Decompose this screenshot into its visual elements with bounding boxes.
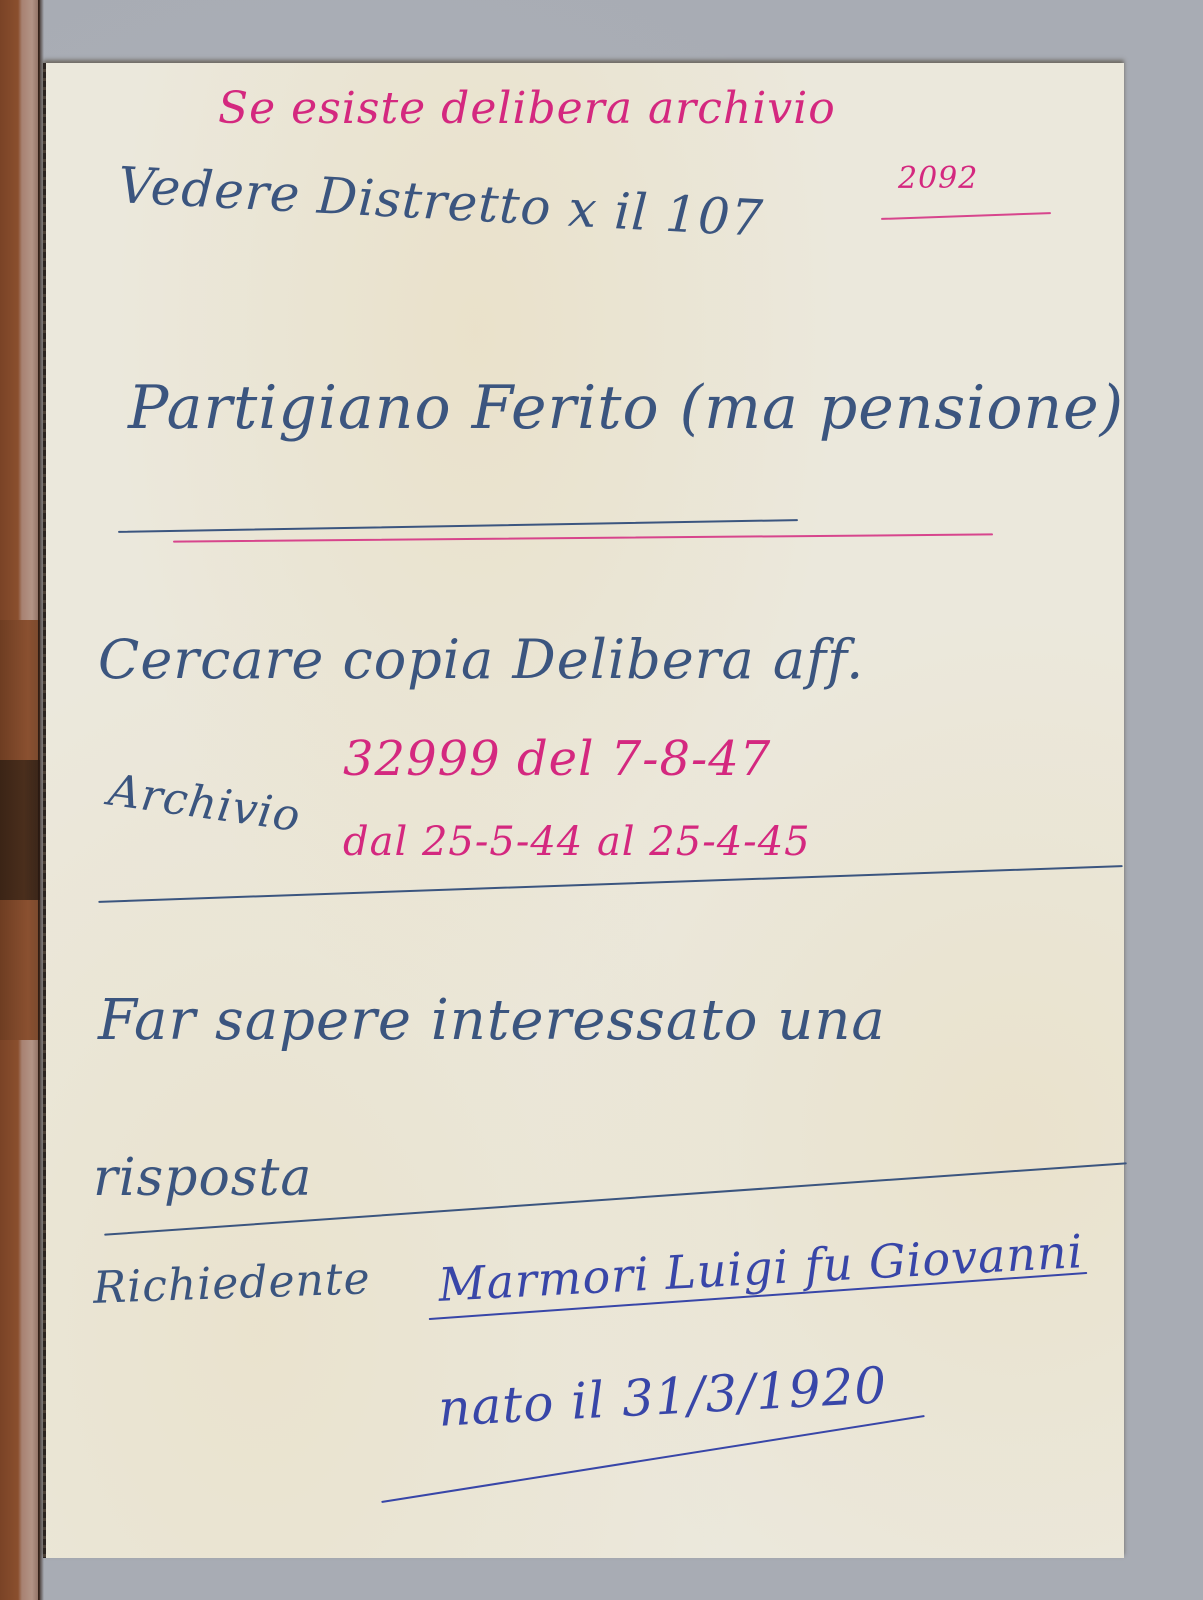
blue-separator: [118, 519, 798, 533]
requester-label: Richiedente: [92, 1253, 371, 1314]
binder-segment: [0, 760, 40, 900]
pink-underline: [881, 212, 1051, 220]
binder-segment: [0, 620, 40, 780]
archive-reference: 32999 del 7-8-47: [343, 731, 771, 787]
line-far-sapere: Far sapere interessato una: [98, 988, 886, 1053]
pink-separator: [173, 533, 993, 542]
line-risposta: risposta: [93, 1148, 312, 1208]
document-sheet: Se esiste delibera archivio Vedere Distr…: [43, 63, 1124, 1558]
line-cercare-copia: Cercare copia Delibera aff.: [98, 628, 864, 691]
reference-number: 2092: [898, 161, 978, 196]
service-period: dal 25-5-44 al 25-4-45: [343, 819, 811, 865]
archive-label: Archivio: [105, 765, 303, 842]
binder-segment: [0, 900, 40, 1040]
requester-name: Marmori Luigi fu Giovanni: [437, 1224, 1085, 1312]
blue-separator: [98, 865, 1122, 903]
line-partigiano-ferito: Partigiano Ferito (ma pensione): [128, 373, 1124, 443]
header-note: Se esiste delibera archivio: [218, 83, 836, 134]
binder-edge: [0, 0, 40, 1600]
line-vedere-distretto: Vedere Distretto x il 107: [117, 156, 765, 248]
birth-date: nato il 31/3/1920: [437, 1356, 889, 1437]
